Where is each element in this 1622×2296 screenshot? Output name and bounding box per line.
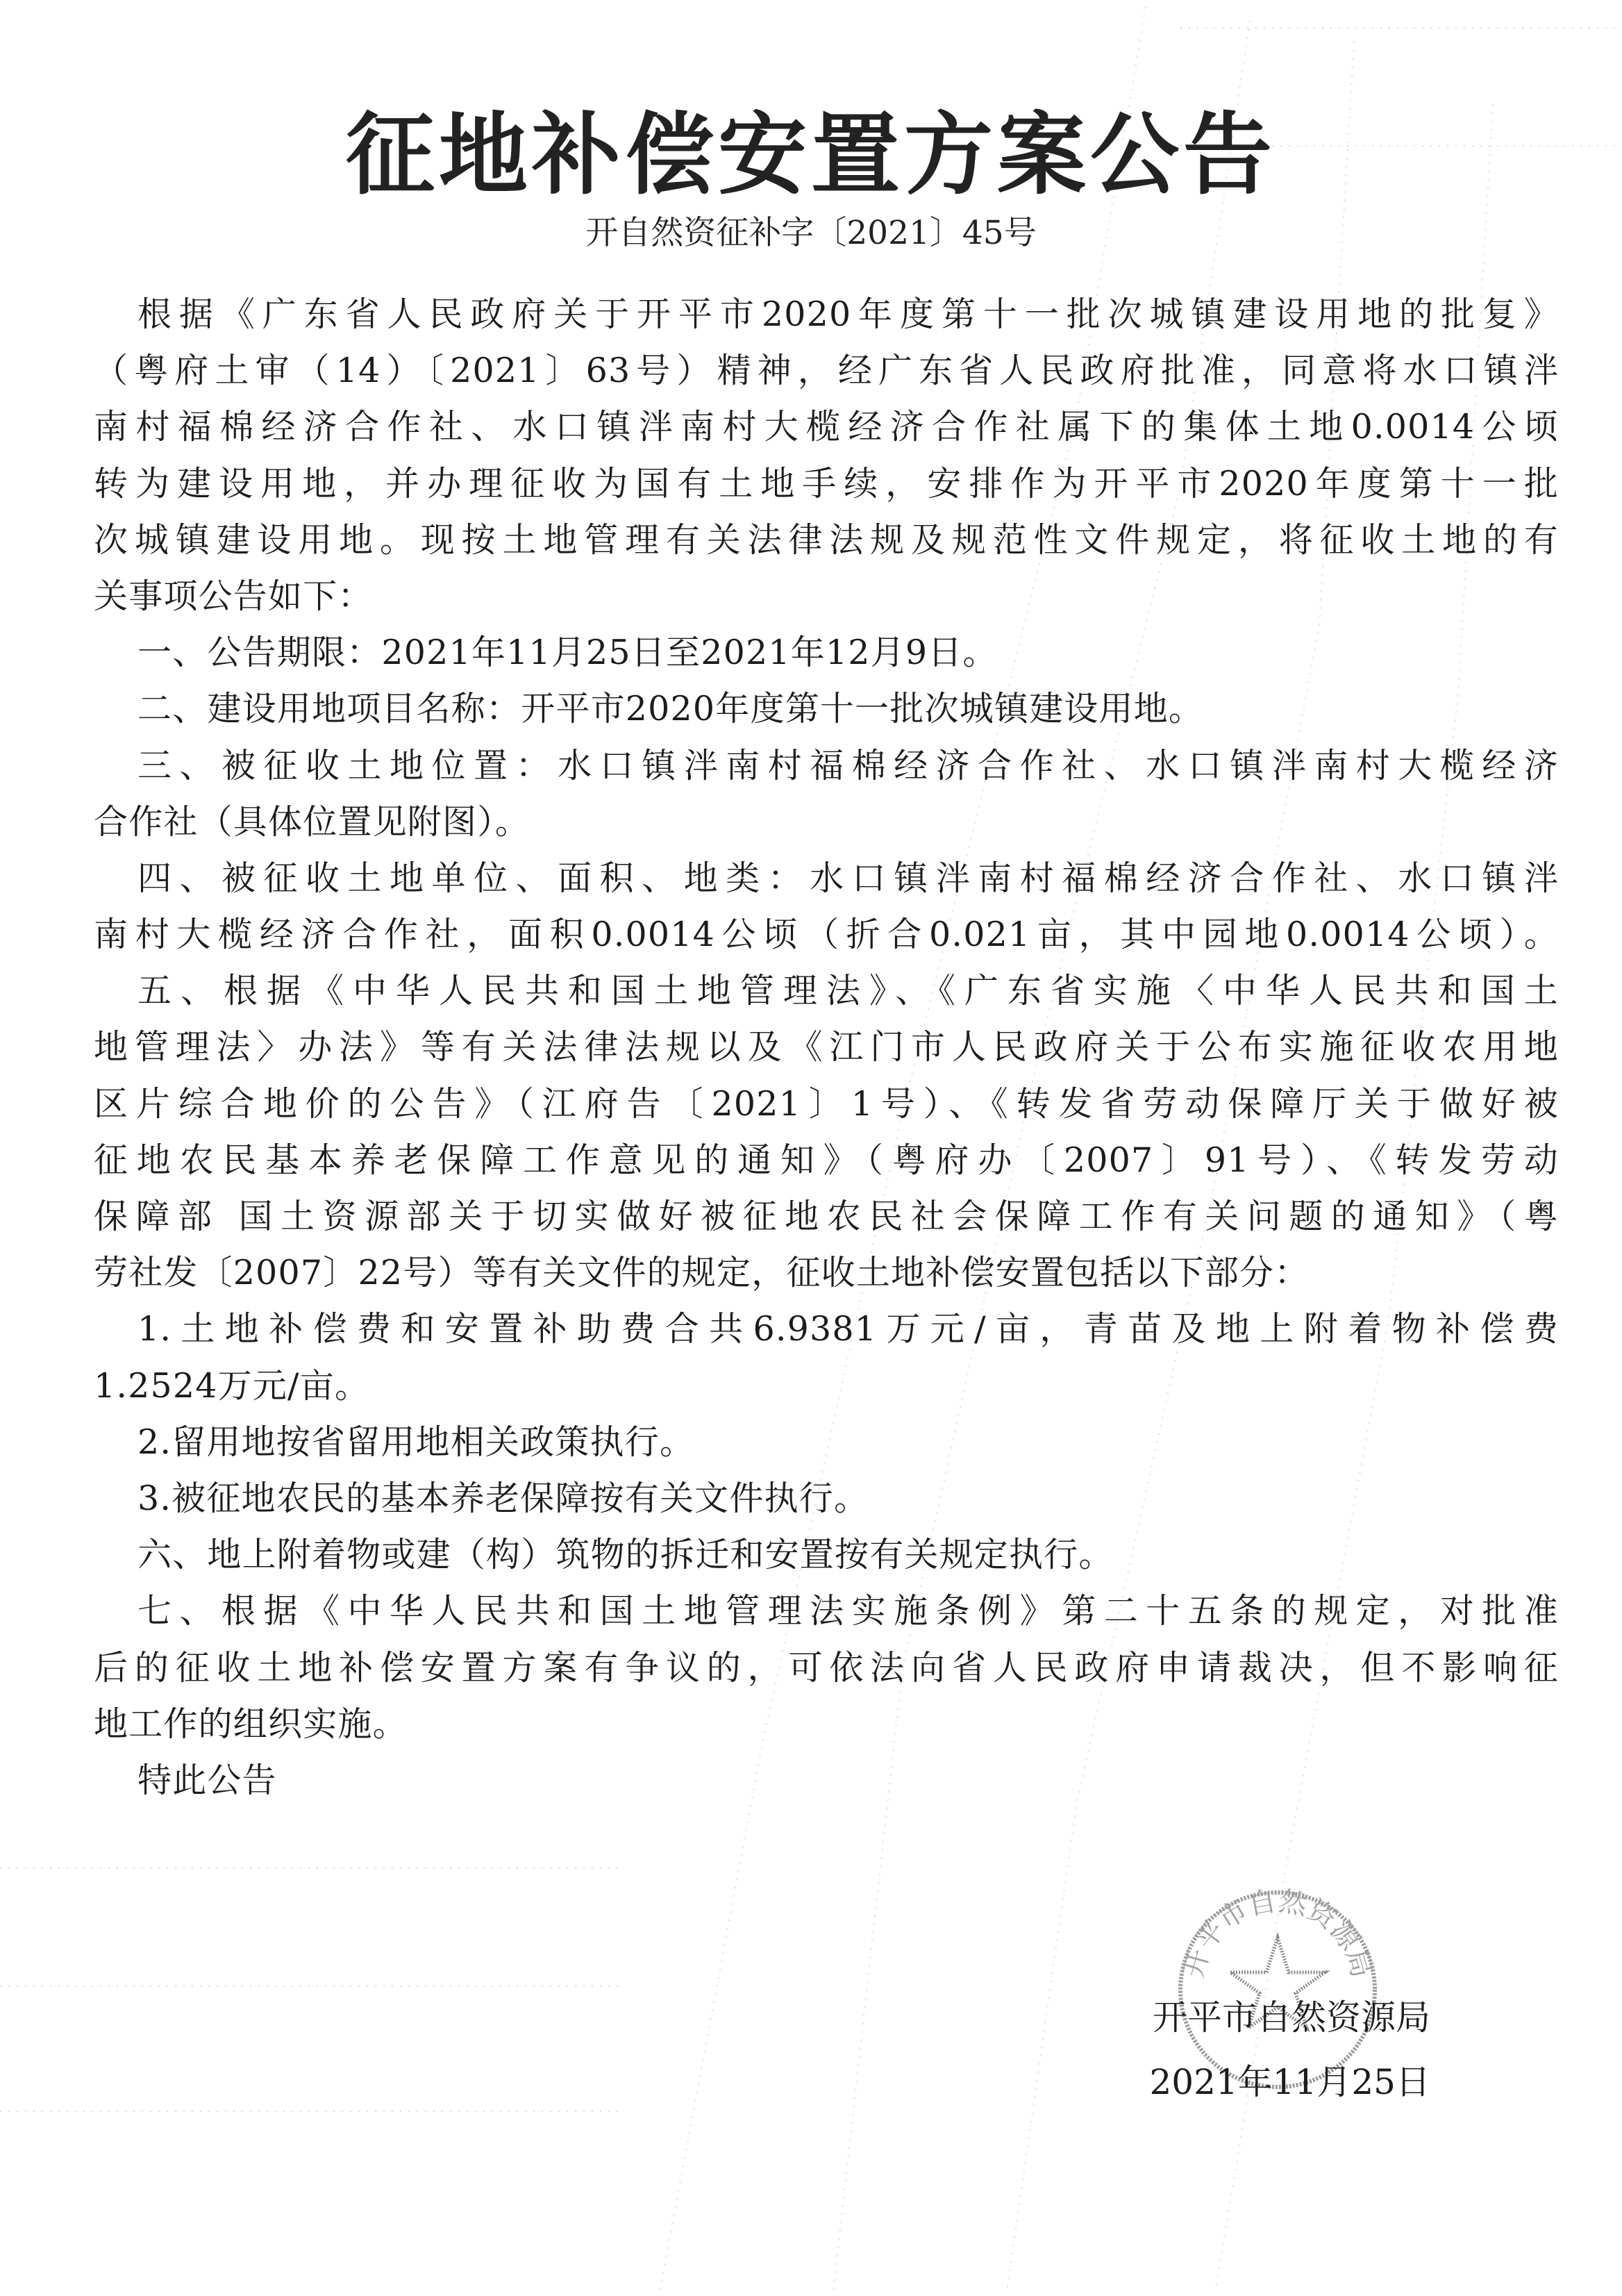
closing-remark: 特此公告 — [94, 1752, 1559, 1808]
item-land-location: 三、被征收土地位置：水口镇泮南村福棉经济合作社、水口镇泮南村大榄经济 — [94, 738, 1559, 794]
notice-body: 根据《广东省人民政府关于开平市2020年度第十一批次城镇建设用地的批复》 （粤府… — [94, 286, 1559, 1808]
body-line: 征地农民基本养老保障工作意见的通知》（粤府办〔2007〕91号）、《转发劳动 — [94, 1132, 1559, 1188]
item-announcement-period: 一、公告期限：2021年11月25日至2021年12月9日。 — [94, 624, 1559, 681]
body-line: 地管理法〉办法》等有关法律法规以及《江门市人民政府关于公布实施征收农用地 — [94, 1019, 1559, 1075]
signature-date: 2021年11月25日 — [1069, 2054, 1430, 2104]
document-number: 开自然资征补字〔2021〕45号 — [0, 207, 1622, 253]
body-line: 南村福棉经济合作社、水口镇泮南村大榄经济合作社属下的集体土地0.0014公顷 — [94, 399, 1559, 455]
subitem-pension: 3.被征地农民的基本养老保障按有关文件执行。 — [94, 1470, 1559, 1526]
body-line: 地工作的组织实施。 — [94, 1696, 1559, 1752]
notice-title: 征地补偿安置方案公告 — [0, 83, 1622, 211]
body-line: 关事项公告如下： — [94, 568, 1559, 624]
item-land-unit-area: 四、被征收土地单位、面积、地类：水口镇泮南村福棉经济合作社、水口镇泮 — [94, 850, 1559, 906]
subitem-reserved-land: 2.留用地按省留用地相关政策执行。 — [94, 1414, 1559, 1470]
item-legal-basis: 五、根据《中华人民共和国土地管理法》、《广东省实施〈中华人民共和国土 — [94, 963, 1559, 1019]
body-line: 保障部 国土资源部关于切实做好被征地农民社会保障工作有关问题的通知》（粤 — [94, 1188, 1559, 1245]
subitem-compensation-fee: 1.土地补偿费和安置补助费合共6.9381万元/亩，青苗及地上附着物补偿费 — [94, 1301, 1559, 1357]
body-line: 根据《广东省人民政府关于开平市2020年度第十一批次城镇建设用地的批复》 — [94, 286, 1559, 342]
body-line: 1.2524万元/亩。 — [94, 1358, 1559, 1414]
body-line: 劳社发〔2007〕22号）等有关文件的规定，征收土地补偿安置包括以下部分： — [94, 1245, 1559, 1301]
item-demolition: 六、地上附着物或建（构）筑物的拆迁和安置按有关规定执行。 — [94, 1526, 1559, 1583]
body-line: 合作社（具体位置见附图）。 — [94, 794, 1559, 850]
document-page: 征地补偿安置方案公告 开自然资征补字〔2021〕45号 根据《广东省人民政府关于… — [0, 0, 1622, 2296]
body-line: 南村大榄经济合作社，面积0.0014公顷（折合0.021亩，其中园地0.0014… — [94, 906, 1559, 963]
signature-organization: 开平市自然资源局 — [1069, 1990, 1430, 2040]
body-line: 后的征收土地补偿安置方案有争议的，可依法向省人民政府申请裁决，但不影响征 — [94, 1640, 1559, 1696]
body-line: 转为建设用地，并办理征收为国有土地手续，安排作为开平市2020年度第十一批 — [94, 456, 1559, 512]
item-dispute: 七、根据《中华人民共和国土地管理法实施条例》第二十五条的规定，对批准 — [94, 1583, 1559, 1639]
body-line: 次城镇建设用地。现按土地管理有关法律法规及规范性文件规定，将征收土地的有 — [94, 512, 1559, 568]
item-project-name: 二、建设用地项目名称：开平市2020年度第十一批次城镇建设用地。 — [94, 681, 1559, 737]
body-line: 区片综合地价的公告》（江府告〔2021〕1号）、《转发省劳动保障厅关于做好被 — [94, 1076, 1559, 1132]
body-line: （粤府土审（14）〔2021〕63号）精神，经广东省人民政府批准，同意将水口镇泮 — [94, 342, 1559, 399]
